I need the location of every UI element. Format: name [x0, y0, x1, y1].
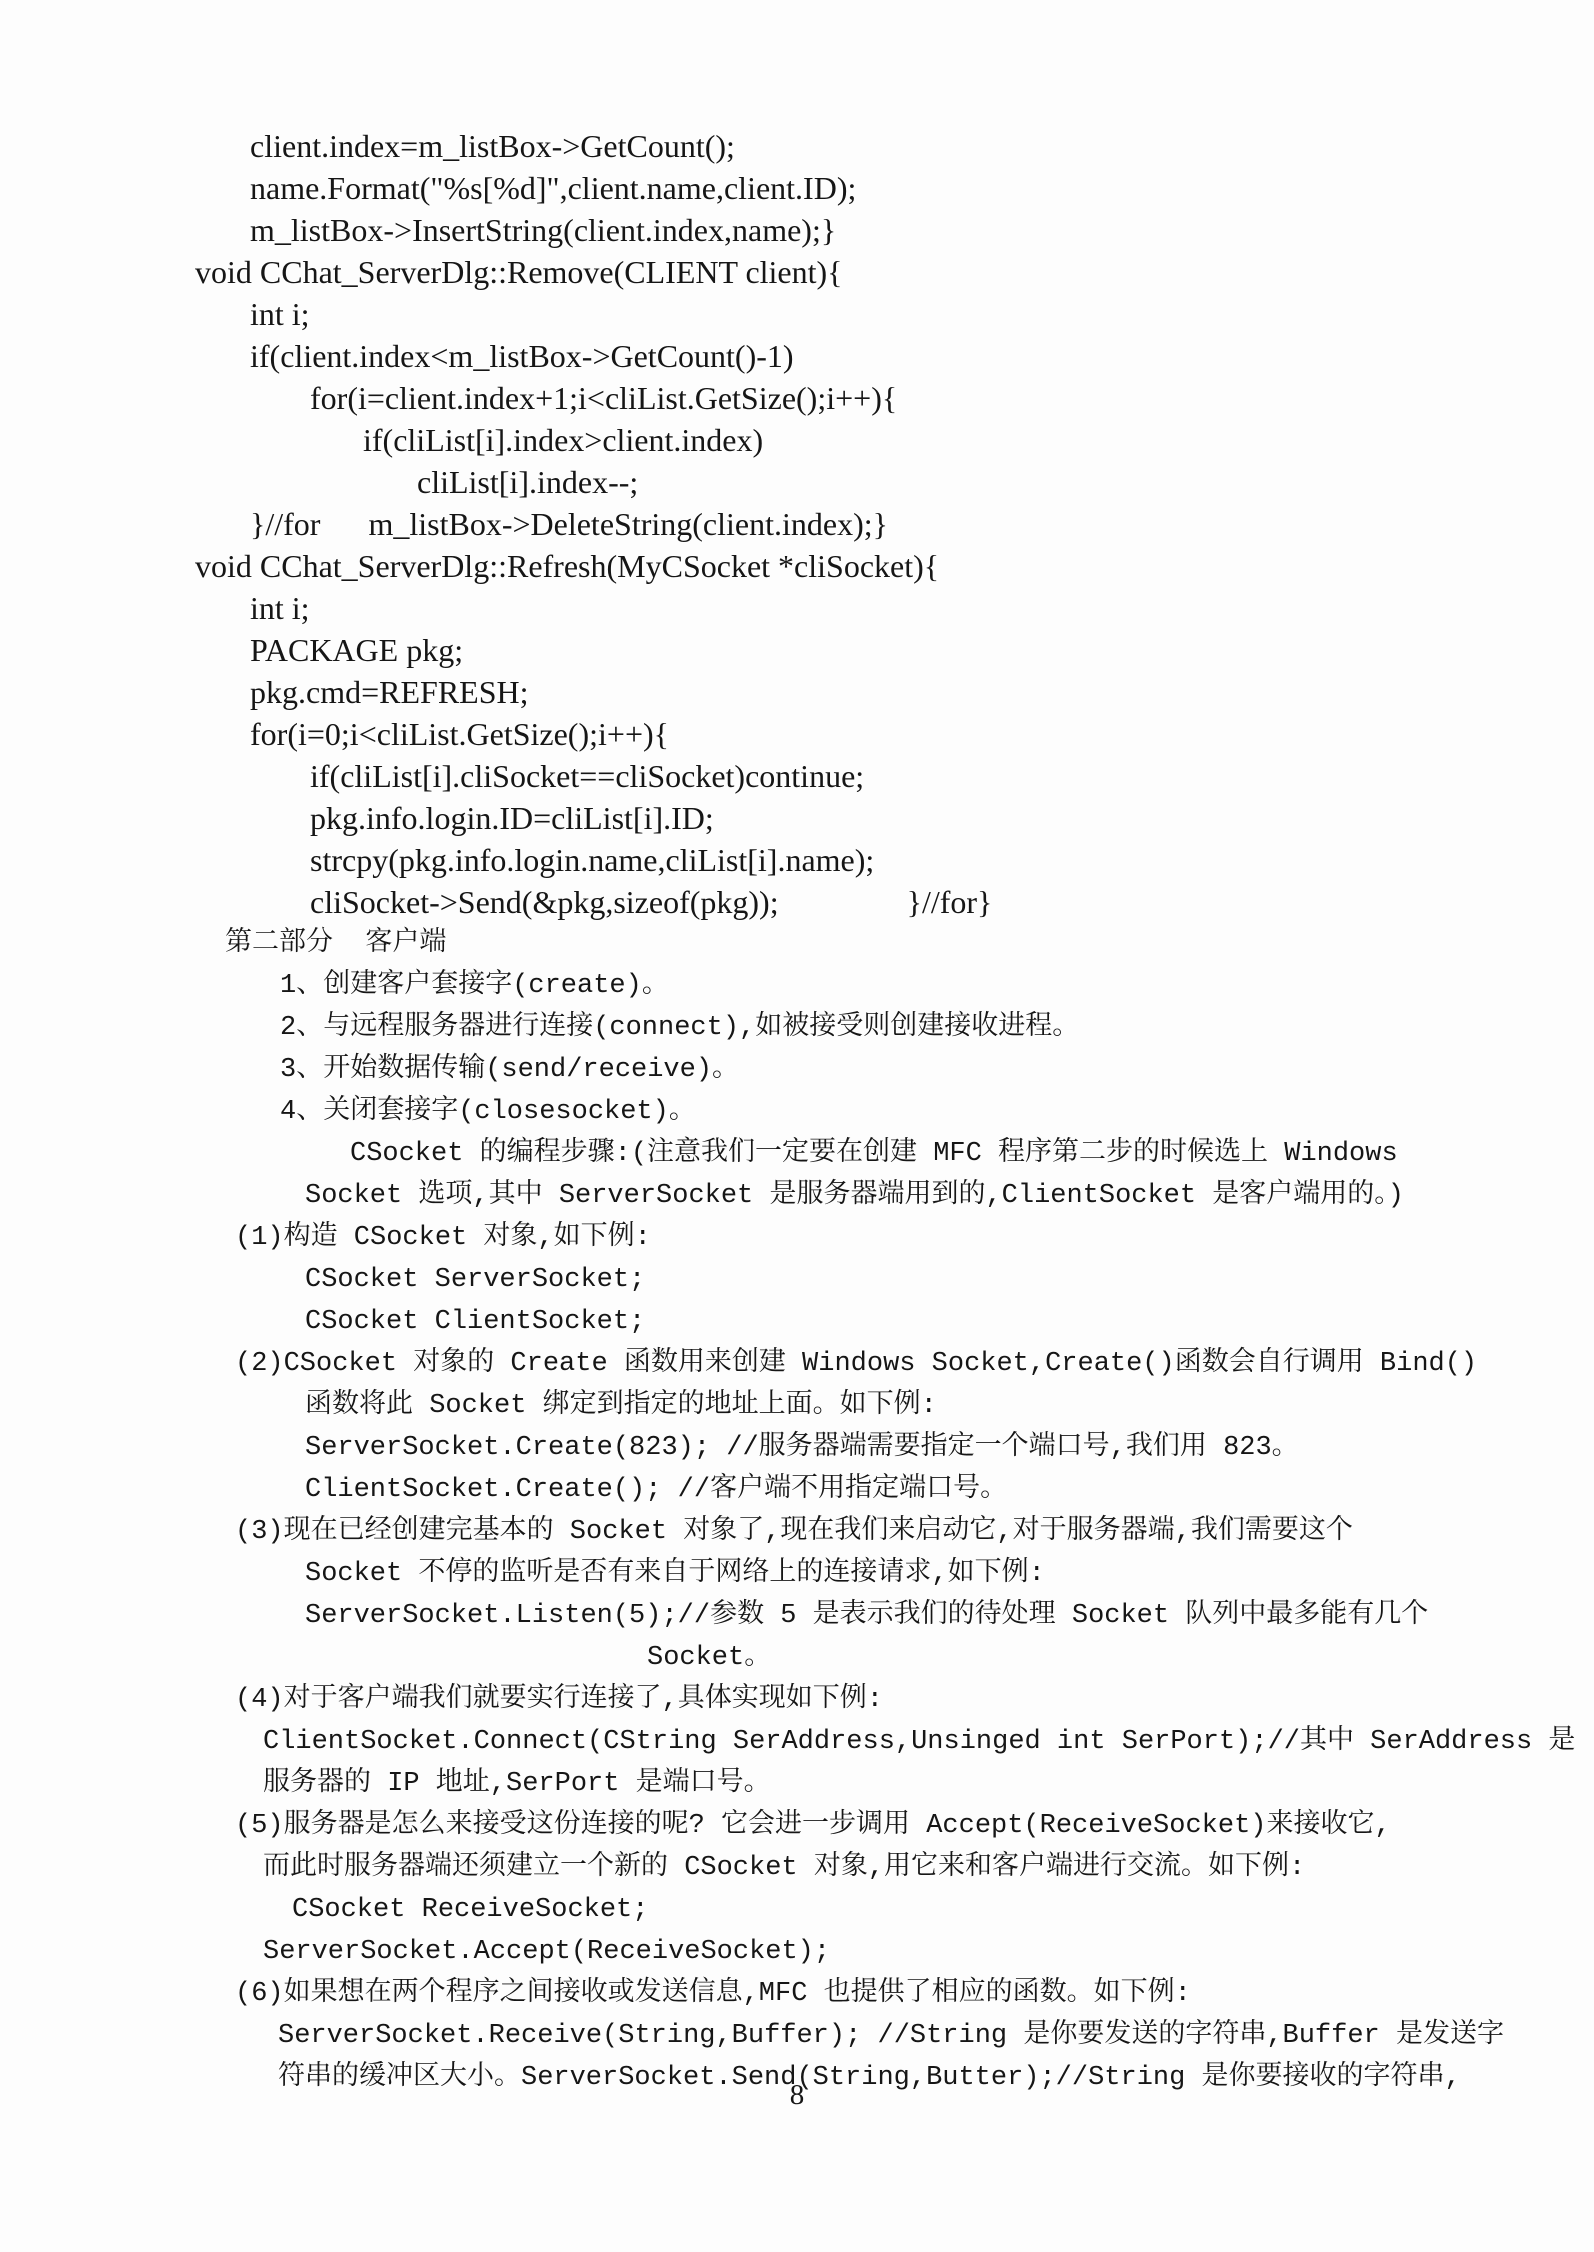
text-line: Socket。	[647, 1637, 1594, 1679]
numbered-step: (1)构造 CSocket 对象,如下例:	[235, 1217, 1594, 1259]
numbered-step: (3)现在已经创建完基本的 Socket 对象了,现在我们来启动它,对于服务器端…	[235, 1511, 1594, 1553]
code-line: void CChat_ServerDlg::Remove(CLIENT clie…	[195, 251, 1594, 293]
code-example-line: CSocket ClientSocket;	[305, 1301, 1594, 1343]
text-line: Socket 选项,其中 ServerSocket 是服务器端用到的,Clien…	[305, 1175, 1594, 1217]
numbered-step: (5)服务器是怎么来接受这份连接的呢? 它会进一步调用 Accept(Recei…	[235, 1805, 1594, 1847]
numbered-step: (4)对于客户端我们就要实行连接了,具体实现如下例:	[235, 1679, 1594, 1721]
code-line: PACKAGE pkg;	[250, 629, 1594, 671]
text-line: 服务器的 IP 地址,SerPort 是端口号。	[263, 1763, 1594, 1805]
numbered-step: (2)CSocket 对象的 Create 函数用来创建 Windows Soc…	[235, 1343, 1594, 1385]
code-example-line: CSocket ServerSocket;	[305, 1259, 1594, 1301]
code-line: client.index=m_listBox->GetCount();	[250, 125, 1594, 167]
code-example-line: ClientSocket.Connect(CString SerAddress,…	[263, 1721, 1594, 1763]
text-line: 函数将此 Socket 绑定到指定的地址上面。如下例:	[305, 1385, 1594, 1427]
code-example-line: ServerSocket.Receive(String,Buffer); //S…	[278, 2015, 1594, 2057]
code-line: pkg.cmd=REFRESH;	[250, 671, 1594, 713]
list-item: 3、开始数据传输(send/receive)。	[280, 1049, 1594, 1091]
code-line: }//for m_listBox->DeleteString(client.in…	[250, 503, 1594, 545]
code-line: if(cliList[i].cliSocket==cliSocket)conti…	[310, 755, 1594, 797]
code-example-line: ServerSocket.Accept(ReceiveSocket);	[263, 1931, 1594, 1973]
code-line: strcpy(pkg.info.login.name,cliList[i].na…	[310, 839, 1594, 881]
code-line: if(cliList[i].index>client.index)	[363, 419, 1594, 461]
code-example-line: ClientSocket.Create(); //客户端不用指定端口号。	[305, 1469, 1594, 1511]
page-number: 8	[0, 2074, 1594, 2116]
code-line: name.Format("%s[%d]",client.name,client.…	[250, 167, 1594, 209]
list-item: 1、创建客户套接字(create)。	[280, 965, 1594, 1007]
code-line: if(client.index<m_listBox->GetCount()-1)	[250, 335, 1594, 377]
text-line: CSocket 的编程步骤:(注意我们一定要在创建 MFC 程序第二步的时候选上…	[350, 1133, 1594, 1175]
code-example-line: ServerSocket.Create(823); //服务器端需要指定一个端口…	[305, 1427, 1594, 1469]
code-example-line: ServerSocket.Listen(5);//参数 5 是表示我们的待处理 …	[305, 1595, 1594, 1637]
text-line: Socket 不停的监听是否有来自于网络上的连接请求,如下例:	[305, 1553, 1594, 1595]
code-line: cliList[i].index--;	[417, 461, 1594, 503]
section-heading: 第二部分 客户端	[225, 923, 1594, 965]
code-line: for(i=client.index+1;i<cliList.GetSize()…	[310, 377, 1594, 419]
document-page: client.index=m_listBox->GetCount(); name…	[0, 0, 1594, 2252]
code-example-line: CSocket ReceiveSocket;	[292, 1889, 1594, 1931]
code-line: cliSocket->Send(&pkg,sizeof(pkg)); }//fo…	[310, 881, 1594, 923]
code-line: pkg.info.login.ID=cliList[i].ID;	[310, 797, 1594, 839]
numbered-step: (6)如果想在两个程序之间接收或发送信息,MFC 也提供了相应的函数。如下例:	[235, 1973, 1594, 2015]
code-line: void CChat_ServerDlg::Refresh(MyCSocket …	[195, 545, 1594, 587]
list-item: 2、与远程服务器进行连接(connect),如被接受则创建接收进程。	[280, 1007, 1594, 1049]
text-line: 而此时服务器端还须建立一个新的 CSocket 对象,用它来和客户端进行交流。如…	[263, 1847, 1594, 1889]
code-line: int i;	[250, 293, 1594, 335]
code-line: m_listBox->InsertString(client.index,nam…	[250, 209, 1594, 251]
list-item: 4、关闭套接字(closesocket)。	[280, 1091, 1594, 1133]
code-line: for(i=0;i<cliList.GetSize();i++){	[250, 713, 1594, 755]
code-line: int i;	[250, 587, 1594, 629]
